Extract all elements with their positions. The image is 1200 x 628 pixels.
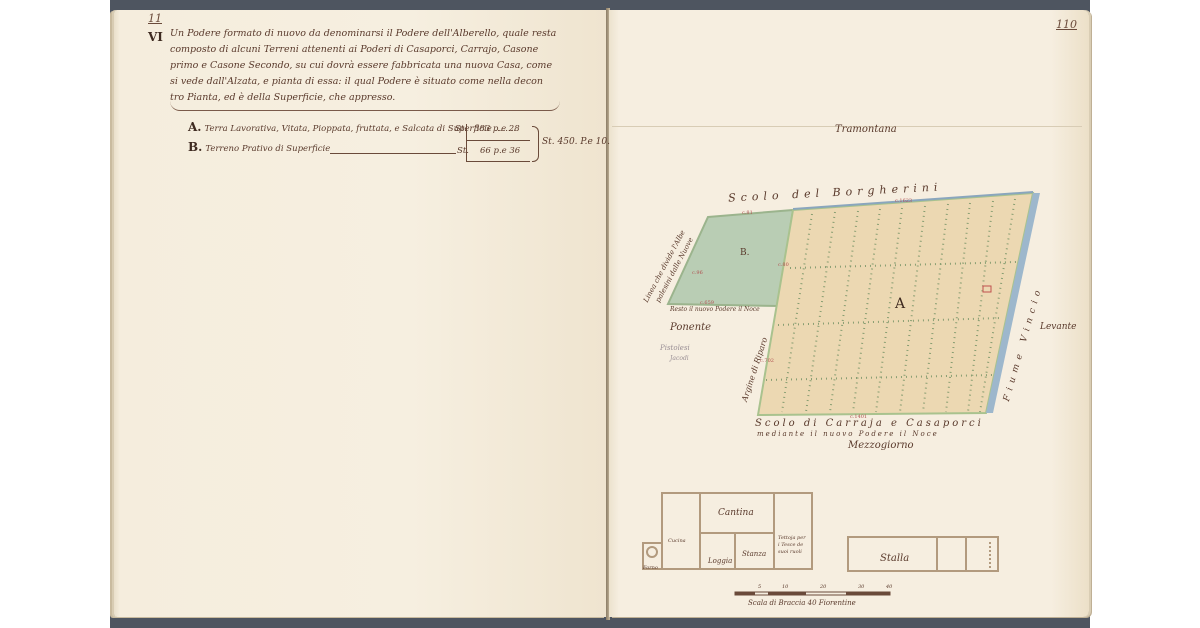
- scale-tick: 10: [782, 584, 788, 590]
- parcel-b-area: [668, 210, 793, 306]
- room-label: Forno: [643, 565, 658, 571]
- label-south-border-1: Scolo di Carraja e Casaporci: [755, 418, 984, 429]
- label-west: Ponente: [670, 322, 711, 333]
- scale-tick: 20: [820, 584, 826, 590]
- parcel-b-letter: B.: [740, 248, 749, 258]
- measure-label: c.659: [700, 300, 714, 306]
- scale-tick: 5: [758, 584, 761, 590]
- room-label: Loggia: [708, 557, 732, 565]
- room-label: Cucina: [668, 538, 686, 544]
- estate-map: [0, 0, 1200, 628]
- label-south: Mezzogiorno: [848, 440, 914, 451]
- measure-label: c.1401: [850, 414, 867, 420]
- scale-bar: [735, 592, 890, 595]
- label-east: Levante: [1040, 322, 1077, 332]
- measure-label: c.96: [692, 270, 703, 276]
- scale-tick: 40: [886, 584, 892, 590]
- parcel-a-letter: A: [895, 296, 905, 312]
- measure-label: c.702: [760, 358, 774, 364]
- label-south-border-2: mediante il nuovo Podere il Noce: [757, 430, 939, 438]
- room-label: Stanza: [742, 550, 766, 558]
- measure-label: c.80: [778, 262, 789, 268]
- measure-label: c.81: [742, 210, 753, 216]
- plan-note: suoi ruoli: [778, 549, 802, 555]
- pencil-note: Pistolesi: [660, 344, 690, 352]
- scale-tick: 30: [858, 584, 864, 590]
- measure-label: c.1623: [895, 198, 912, 204]
- room-label: Cantina: [718, 508, 754, 518]
- room-label: Stalla: [880, 553, 909, 564]
- scale-caption: Scala di Braccia 40 Fiorentine: [748, 599, 856, 607]
- label-west-bottom: Resto il nuovo Podere il Noce: [670, 306, 760, 313]
- plan-note: Tettoja per: [778, 535, 806, 541]
- plan-note: i Tesce de: [778, 542, 803, 548]
- stable-floor-plan: [848, 537, 998, 571]
- pencil-note: Jacodi: [670, 355, 689, 362]
